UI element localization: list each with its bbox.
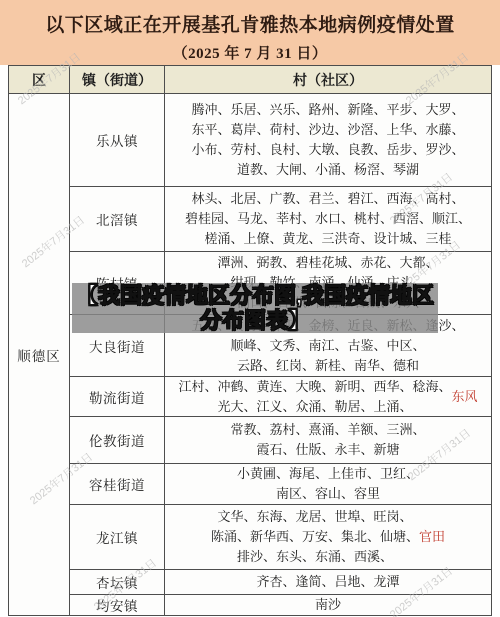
town-cell: 乐从镇 (70, 94, 165, 186)
town-cell: 容桂街道 (70, 464, 165, 504)
village-list: 小黄圃、海尾、上佳市、卫红、 南区、容山、容里 (165, 464, 491, 504)
town-cell: 勒流街道 (70, 377, 165, 416)
village-list: 腾冲、乐居、兴乐、路州、新隆、平步、大罗、 东平、葛岸、荷村、沙边、沙滘、上华、… (165, 94, 491, 186)
village-text: 齐杏、逢简、吕地、龙潭 (256, 572, 399, 592)
highlighted-village: 东风 (452, 387, 478, 407)
table-row: 北滘镇 林头、北居、广教、君兰、碧江、西海、高村、 碧桂园、马龙、莘村、水口、桃… (70, 186, 491, 251)
title-band: 以下区域正在开展基孔肯雅热本地病例疫情处置 （2025 年 7 月 31 日） (0, 0, 500, 65)
notice-title: 以下区域正在开展基孔肯雅热本地病例疫情处置 (0, 10, 500, 37)
table-row: 杏坛镇 齐杏、逢简、吕地、龙潭 (70, 569, 491, 594)
header-cell-town: 镇（街道） (70, 66, 165, 93)
table-row: 乐从镇 腾冲、乐居、兴乐、路州、新隆、平步、大罗、 东平、葛岸、荷村、沙边、沙滘… (70, 93, 491, 186)
village-list: 南沙 (165, 595, 491, 615)
village-text: 南沙 (315, 595, 341, 615)
table-row: 勒流街道 江村、冲鹤、黄连、大晚、新明、西华、稔海、 光大、江义、众涌、勒居、上… (70, 376, 491, 416)
town-cell: 龙江镇 (70, 505, 165, 569)
notice-page: 以下区域正在开展基孔肯雅热本地病例疫情处置 （2025 年 7 月 31 日） … (0, 0, 500, 617)
village-text: 文华、东海、龙居、世埠、旺岗、 陈涌、新华西、万安、集北、仙塘、 排沙、东头、东… (211, 507, 419, 567)
village-text: 腾冲、乐居、兴乐、路州、新隆、平步、大罗、 东平、葛岸、荷村、沙边、沙滘、上华、… (191, 100, 464, 180)
caption-text-line2: 分布图表】 (200, 308, 310, 333)
village-list: 林头、北居、广教、君兰、碧江、西海、高村、 碧桂园、马龙、莘村、水口、桃村、西滘… (165, 187, 491, 251)
village-list: 江村、冲鹤、黄连、大晚、新明、西华、稔海、 光大、江义、众涌、勒居、上涌、东风 (165, 377, 491, 416)
town-cell: 均安镇 (70, 595, 165, 615)
village-list: 常教、荔村、熹涌、羊额、三洲、 霞石、仕版、永丰、新塘 (165, 417, 491, 463)
town-rows: 乐从镇 腾冲、乐居、兴乐、路州、新隆、平步、大罗、 东平、葛岸、荷村、沙边、沙滘… (70, 93, 491, 615)
highlighted-village: 官田 (419, 527, 445, 547)
village-text: 常教、荔村、熹涌、羊额、三洲、 霞石、仕版、永丰、新塘 (230, 420, 425, 460)
village-list: 文华、东海、龙居、世埠、旺岗、 陈涌、新华西、万安、集北、仙塘、 排沙、东头、东… (165, 505, 491, 569)
table-body: 顺德区 乐从镇 腾冲、乐居、兴乐、路州、新隆、平步、大罗、 东平、葛岸、荷村、沙… (9, 93, 491, 615)
village-text: 江村、冲鹤、黄连、大晚、新明、西华、稔海、 光大、江义、众涌、勒居、上涌、 (178, 377, 451, 417)
village-text: 小黄圃、海尾、上佳市、卫红、 南区、容山、容里 (237, 464, 419, 504)
table-header-row: 区 镇（街道） 村（社区） (9, 66, 491, 93)
table-row: 龙江镇 文华、东海、龙居、世埠、旺岗、 陈涌、新华西、万安、集北、仙塘、 排沙、… (70, 504, 491, 569)
town-cell: 伦教街道 (70, 417, 165, 463)
table-row: 伦教街道 常教、荔村、熹涌、羊额、三洲、 霞石、仕版、永丰、新塘 (70, 416, 491, 463)
table-row: 均安镇 南沙 (70, 594, 491, 615)
caption-text-line1: 【我国疫情地区分布图,我国疫情地区 (76, 283, 434, 308)
table-row: 容桂街道 小黄圃、海尾、上佳市、卫红、 南区、容山、容里 (70, 463, 491, 504)
village-list: 齐杏、逢简、吕地、龙潭 (165, 570, 491, 594)
header-cell-village: 村（社区） (165, 66, 491, 93)
town-cell: 北滘镇 (70, 187, 165, 251)
epidemic-area-table: 区 镇（街道） 村（社区） 顺德区 乐从镇 腾冲、乐居、兴乐、路州、新隆、平步、… (8, 65, 492, 616)
caption-overlay: 【我国疫情地区分布图,我国疫情地区 分布图表】 (72, 283, 438, 333)
village-text: 林头、北居、广教、君兰、碧江、西海、高村、 碧桂园、马龙、莘村、水口、桃村、西滘… (185, 189, 471, 249)
notice-date: （2025 年 7 月 31 日） (0, 42, 500, 63)
district-cell: 顺德区 (9, 93, 70, 615)
town-cell: 杏坛镇 (70, 570, 165, 594)
header-cell-district: 区 (9, 66, 70, 93)
